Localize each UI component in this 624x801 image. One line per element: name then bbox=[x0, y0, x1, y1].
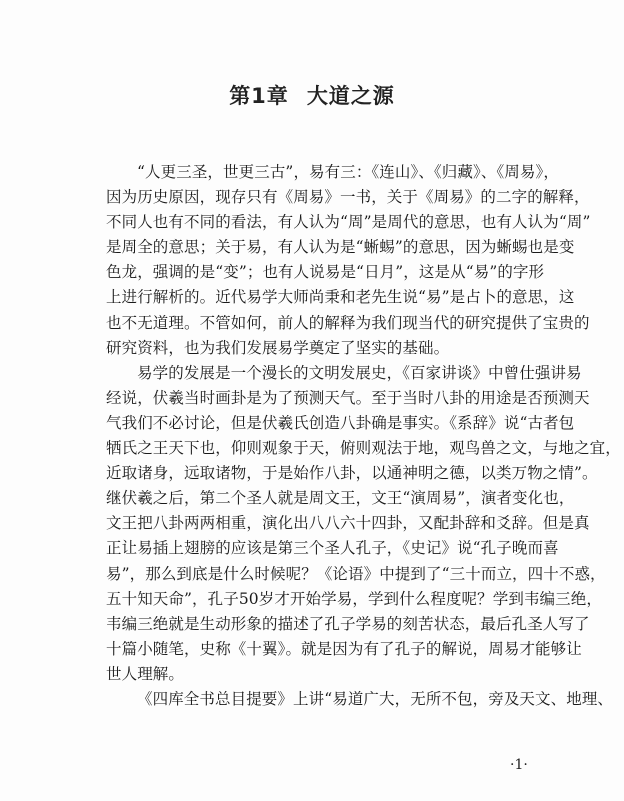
text-line: “人更三圣，世更三古”，易有三：《连山》、《归藏》、《周易》， bbox=[106, 160, 542, 185]
text-line: 韦编三绝就是生动形象的描述了孔子学易的刻苦状态，最后孔圣人写了 bbox=[106, 612, 542, 637]
text-line: 不同人也有不同的看法，有人认为“周”是周代的意思，也有人认为“周” bbox=[106, 210, 542, 235]
text-line: 五十知天命”，孔子50岁才开始学易，学到什么程度呢？学到韦编三绝， bbox=[106, 587, 542, 612]
book-page: 第1章大道之源 “人更三圣，世更三古”，易有三：《连山》、《归藏》、《周易》，因… bbox=[0, 0, 624, 801]
text-line: 上进行解析的。近代易学大师尚秉和老先生说“易”是占卜的意思，这 bbox=[106, 285, 542, 310]
text-line: 《四库全书总目提要》上讲“易道广大，无所不包，旁及天文、地理、 bbox=[106, 687, 542, 712]
text-line: 文王把八卦两两相重，演化出八八六十四卦，又配卦辞和爻辞。但是真 bbox=[106, 511, 542, 536]
text-line: 十篇小随笔，史称《十翼》。就是因为有了孔子的解说，周易才能够让 bbox=[106, 637, 542, 662]
text-line: 继伏羲之后，第二个圣人就是周文王，文王“演周易”，演者变化也， bbox=[106, 486, 542, 511]
chapter-number: 第1章 bbox=[229, 84, 289, 108]
text-line: 世人理解。 bbox=[106, 662, 542, 687]
text-line: 近取诸身，远取诸物，于是始作八卦，以通神明之德，以类万物之情”。 bbox=[106, 461, 542, 486]
text-line: 因为历史原因，现存只有《周易》一书，关于《周易》的二字的解释， bbox=[106, 185, 542, 210]
body-text: “人更三圣，世更三古”，易有三：《连山》、《归藏》、《周易》，因为历史原因，现存… bbox=[106, 160, 542, 712]
text-line: 正让易插上翅膀的应该是第三个圣人孔子，《史记》说“孔子晚而喜 bbox=[106, 536, 542, 561]
chapter-title: 第1章大道之源 bbox=[0, 80, 624, 110]
text-line: 易学的发展是一个漫长的文明发展史，《百家讲谈》中曾仕强讲易 bbox=[106, 361, 542, 386]
text-line: 易”，那么到底是什么时候呢？《论语》中提到了“三十而立，四十不惑， bbox=[106, 562, 542, 587]
text-line: 气我们不必讨论，但是伏羲氏创造八卦确是事实。《系辞》说“古者包 bbox=[106, 411, 542, 436]
page-number: ·1· bbox=[510, 757, 528, 773]
text-line: 色龙，强调的是“变”；也有人说易是“日月”，这是从“易”的字形 bbox=[106, 260, 542, 285]
text-line: 经说，伏羲当时画卦是为了预测天气。至于当时八卦的用途是否预测天 bbox=[106, 386, 542, 411]
text-line: 牺氏之王天下也，仰则观象于天，俯则观法于地，观鸟兽之文，与地之宜， bbox=[106, 436, 542, 461]
text-line: 也不无道理。不管如何，前人的解释为我们现当代的研究提供了宝贵的 bbox=[106, 311, 542, 336]
text-line: 是周全的意思；关于易，有人认为是“蜥蜴”的意思，因为蜥蜴也是变 bbox=[106, 235, 542, 260]
chapter-name: 大道之源 bbox=[307, 84, 395, 108]
text-line: 研究资料，也为我们发展易学奠定了坚实的基础。 bbox=[106, 336, 542, 361]
